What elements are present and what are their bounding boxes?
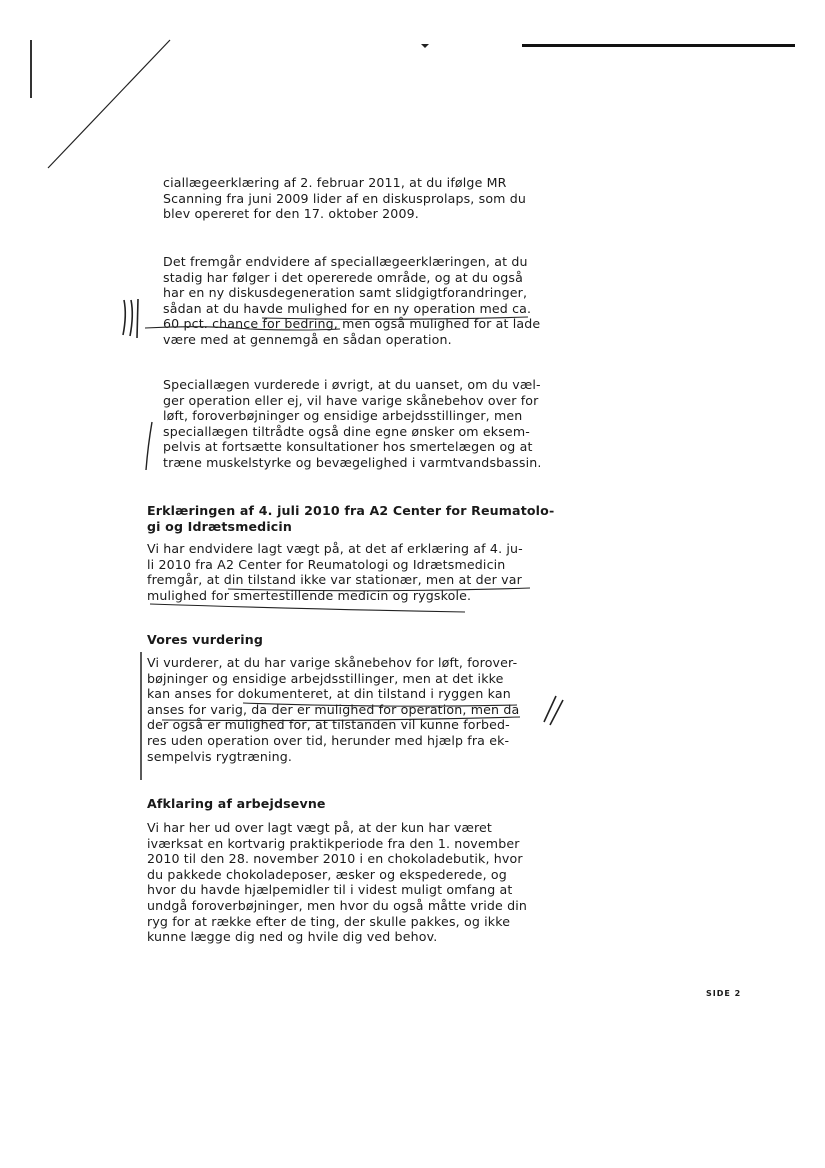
section-work-capacity-body: Vi har her ud over lagt vægt på, at der … [147, 820, 557, 945]
heading-declaration-july-2010: Erklæringen af 4. juli 2010 fra A2 Cente… [147, 503, 557, 534]
paragraph-specialist-statement: ciallægeerklæring af 2. februar 2011, at… [163, 175, 563, 222]
margin-pen-line [30, 40, 32, 98]
section-declaration-body: Vi har endvidere lagt vægt på, at det af… [147, 541, 557, 603]
top-rule-line [522, 44, 795, 47]
scanned-document-page: ciallægeerklæring af 2. februar 2011, at… [0, 0, 825, 1168]
diagonal-pen-stroke [40, 38, 180, 173]
top-tick-mark [421, 44, 429, 48]
page-number: SIDE 2 [706, 989, 741, 998]
heading-our-assessment: Vores vurdering [147, 632, 557, 648]
paragraph-further-findings: Det fremgår endvidere af speciallægeerkl… [163, 254, 563, 348]
margin-bar-mark [146, 422, 152, 470]
underline-mark [150, 604, 465, 612]
margin-bar-mark [130, 300, 132, 336]
heading-work-capacity: Afklaring af arbejdsevne [147, 796, 557, 812]
margin-bar-mark [137, 299, 138, 338]
section-assessment-body: Vi vurderer, at du har varige skånebehov… [147, 655, 557, 764]
margin-bar-mark [123, 300, 125, 335]
paragraph-specialist-assessment: Speciallægen vurderede i øvrigt, at du u… [163, 377, 563, 471]
